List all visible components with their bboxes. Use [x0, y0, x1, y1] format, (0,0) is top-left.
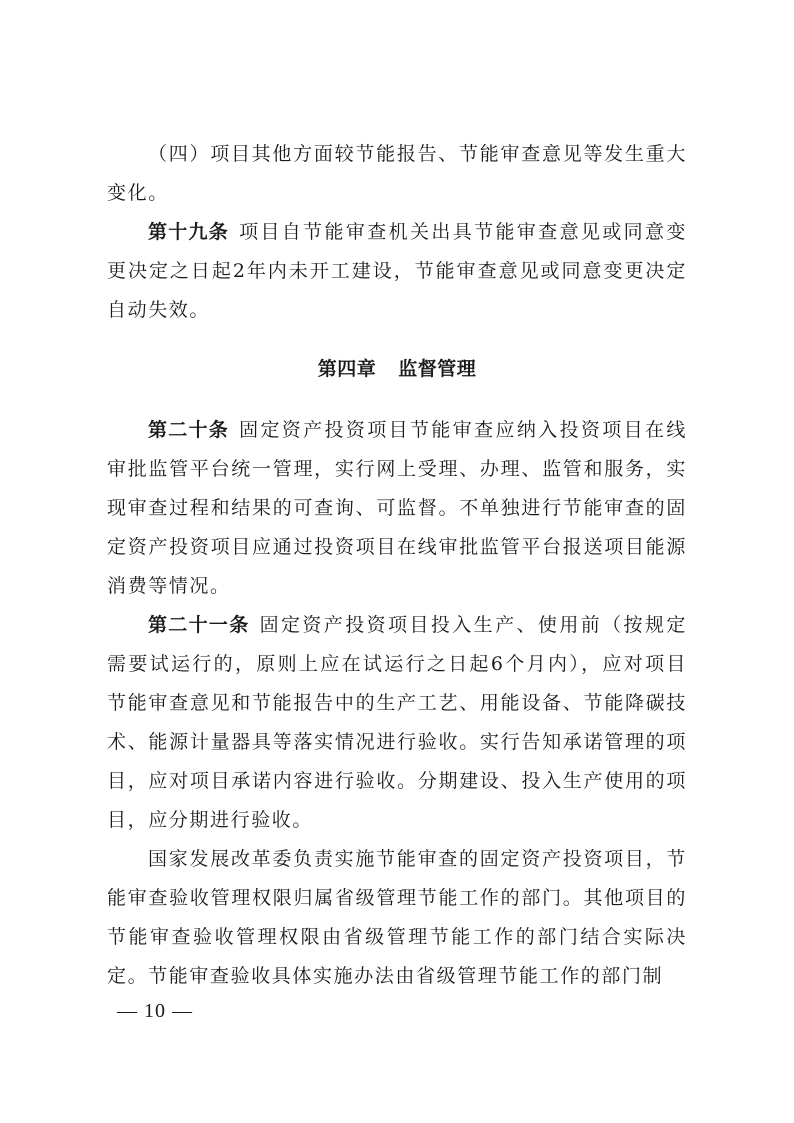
- paragraph-article-21-continued: 国家发展改革委负责实施节能审查的固定资产投资项目，节能审查验收管理权限归属省级管…: [107, 840, 687, 996]
- document-page: （四）项目其他方面较节能报告、节能审查意见等发生重大变化。 第十九条项目自节能审…: [107, 135, 687, 996]
- article-number: 第十九条: [148, 221, 229, 243]
- paragraph-article-20: 第二十条固定资产投资项目节能审查应纳入投资项目在线审批监管平台统一管理，实行网上…: [107, 411, 687, 606]
- paragraph-text: 国家发展改革委负责实施节能审查的固定资产投资项目，节能审查验收管理权限归属省级管…: [107, 848, 687, 987]
- paragraph-text: 固定资产投资项目节能审查应纳入投资项目在线审批监管平台统一管理，实行网上受理、办…: [107, 419, 687, 597]
- paragraph-article-19: 第十九条项目自节能审查机关出具节能审查意见或同意变更决定之日起2年内未开工建设，…: [107, 213, 687, 330]
- page-number: — 10 —: [117, 1000, 193, 1023]
- paragraph-item-4: （四）项目其他方面较节能报告、节能审查意见等发生重大变化。: [107, 135, 687, 213]
- paragraph-text: 固定资产投资项目投入生产、使用前（按规定需要试运行的，原则上应在试运行之日起6个…: [107, 614, 687, 831]
- article-number: 第二十一条: [148, 614, 250, 636]
- paragraph-text: （四）项目其他方面较节能报告、节能审查意见等发生重大变化。: [107, 143, 687, 204]
- paragraph-article-21: 第二十一条固定资产投资项目投入生产、使用前（按规定需要试运行的，原则上应在试运行…: [107, 606, 687, 840]
- chapter-number: 第四章: [318, 358, 377, 380]
- chapter-title: 监督管理: [398, 358, 476, 380]
- chapter-heading: 第四章监督管理: [107, 350, 687, 389]
- article-number: 第二十条: [148, 419, 229, 441]
